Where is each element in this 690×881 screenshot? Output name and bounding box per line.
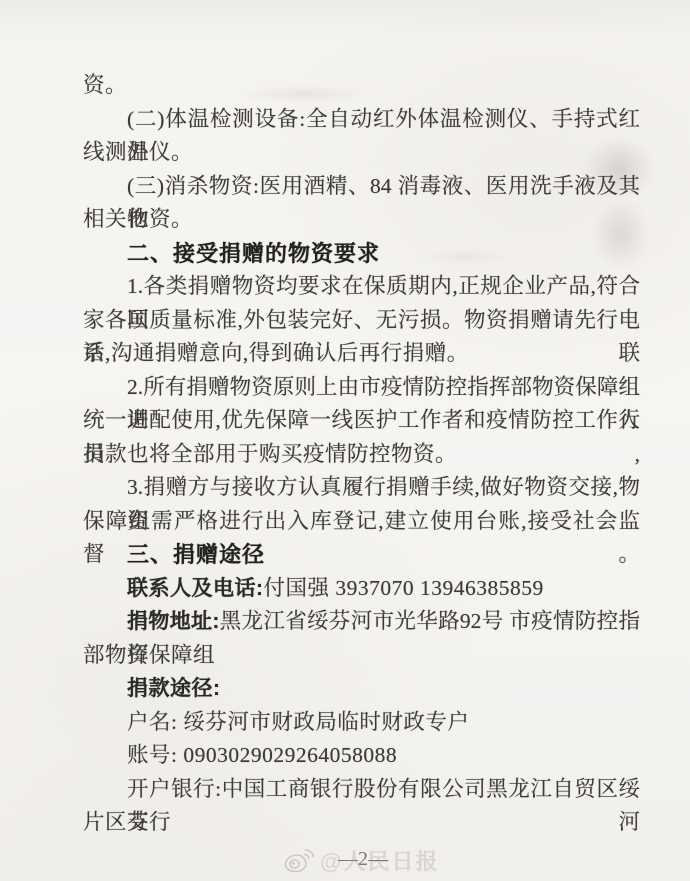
text-line: 联系人及电话:付国强 3937070 13946385859 <box>83 572 640 606</box>
page-number: —2— <box>318 848 408 871</box>
section-heading: 二、接受捐赠的物资要求 <box>83 237 640 271</box>
text-line: 开户银行:中国工商银行股份有限公司黑龙江自贸区绥芬河 <box>83 773 640 807</box>
text-line: 捐款途径: <box>83 672 640 706</box>
field-value: 付国强 3937070 13946385859 <box>264 576 544 600</box>
text-line: 家各项质量标准,外包装完好、无污损。物资捐赠请先行电话联 <box>83 304 640 338</box>
text-line: 捐物地址:黑龙江省绥芬河市光华路92号 市疫情防控指挥 <box>83 605 640 639</box>
text-line: 3.捐赠方与接收方认真履行捐赠手续,做好物资交接,物资 <box>83 471 640 505</box>
text-line: (二)体温检测设备:全自动红外体温检测仪、手持式红外 <box>83 103 640 137</box>
text-line: 相关物资。 <box>83 203 640 237</box>
field-label: 联系人及电话: <box>127 577 264 600</box>
text-line: 保障组需严格进行出入库登记,建立使用台账,接受社会监督。 <box>83 505 640 539</box>
text-line: 统一调配使用,优先保障一线医护工作者和疫情防控工作人员, <box>83 404 640 438</box>
text-line: 账号: 0903029029264058088 <box>83 739 640 773</box>
text-line: 1.各类捐赠物资均要求在保质期内,正规企业产品,符合国 <box>83 270 640 304</box>
text-line: (三)消杀物资:医用酒精、84 消毒液、医用洗手液及其他 <box>83 170 640 204</box>
text-line: 资。 <box>83 69 640 103</box>
text-line: 部物资保障组 <box>83 639 640 673</box>
text-line: 线测温仪。 <box>83 136 640 170</box>
weibo-icon <box>283 846 315 874</box>
text-line: 户名: 绥芬河市财政局临时财政专户 <box>83 706 640 740</box>
text-line: 2.所有捐赠物资原则上由市疫情防控指挥部物资保障组进行 <box>83 371 640 405</box>
document-body: 资。(二)体温检测设备:全自动红外体温检测仪、手持式红外线测温仪。(三)消杀物资… <box>83 69 640 840</box>
field-label: 捐款途径: <box>127 677 221 700</box>
field-label: 捐物地址: <box>127 610 219 633</box>
